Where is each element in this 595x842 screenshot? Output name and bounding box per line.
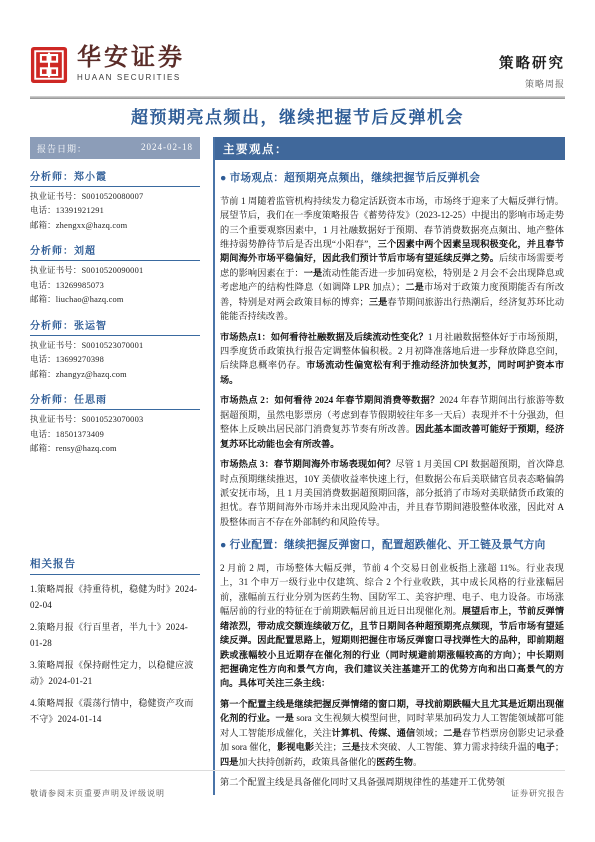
footer-disclaimer: 敬请参阅末页重要声明及评级说明 bbox=[30, 788, 165, 799]
phone-label: 电话： bbox=[30, 430, 56, 439]
page-title: 超预期亮点频出，继续把握节后反弹机会 bbox=[30, 103, 565, 128]
paragraph: ● 行业配置：继续把握反弹窗口，配置超跌催化、开工链及景气方向 bbox=[220, 538, 564, 555]
related-report-link[interactable]: 3.策略周报《保持耐性定力，以稳健应波动》2024-01-21 bbox=[30, 658, 200, 689]
brand-name-en: HUAAN SECURITIES bbox=[77, 73, 185, 82]
report-date-value: 2024-02-18 bbox=[141, 142, 193, 155]
email-address: rensy@hazq.com bbox=[56, 444, 117, 453]
text-segment: ● 市场观点：超预期亮点频出，继续把握节后反弹机会 bbox=[220, 173, 480, 184]
analyst-name-row: 分析师：郑小霞 bbox=[30, 168, 200, 187]
cert-label: 执业证书号： bbox=[30, 192, 81, 201]
text-segment: 技术突破、人工智能、算力需求持续升温的 bbox=[360, 742, 536, 752]
paragraph: 市场热点 3：春节期间海外市场表现如何？尽管 1 月美国 CPI 数据超预期，首… bbox=[220, 457, 564, 529]
analyst-role-label: 分析师： bbox=[30, 321, 74, 332]
brand-name-cn: 华安证券 bbox=[77, 46, 185, 71]
text-segment: 二是 bbox=[443, 728, 462, 738]
main-content: ● 市场观点：超预期亮点频出，继续把握节后反弹机会 节前 1 周随着监管机构持续… bbox=[215, 160, 565, 789]
text-segment: 电子 bbox=[536, 742, 555, 752]
email-address: zhengxx@hazq.com bbox=[56, 221, 128, 230]
text-segment: 展望后市上，节前反弹情绪浓烈，带动成交额连续破万亿，且节日期间各种超预期亮点频现… bbox=[220, 606, 564, 688]
text-segment: 第二个配置主线是具备催化同时又具备强周期规律性的基建开工优势领 bbox=[220, 777, 505, 787]
paragraph: ● 市场观点：超预期亮点频出，继续把握节后反弹机会 bbox=[220, 171, 564, 188]
related-reports-title: 相关报告 bbox=[30, 556, 200, 575]
text-segment: 影视电影 bbox=[277, 742, 314, 752]
text-segment: 。 bbox=[413, 757, 422, 767]
report-series-label: 策略周报 bbox=[499, 77, 565, 90]
phone-label: 电话： bbox=[30, 206, 56, 215]
email-label: 邮箱： bbox=[30, 444, 56, 453]
analyst-cert-row: 执业证书号：S0010523070001 bbox=[30, 339, 200, 353]
text-segment: 市场热点 3：春节期间海外市场表现如何？ bbox=[220, 459, 395, 469]
related-reports-list: 1.策略周报《持重待机，稳健为时》2024-02-04 2.策略月报《行百里者，… bbox=[30, 582, 200, 727]
email-label: 邮箱： bbox=[30, 221, 56, 230]
analyst-role-label: 分析师： bbox=[30, 395, 74, 406]
analyst-block: 分析师：刘超 执业证书号：S0010520090001 电话：132699850… bbox=[30, 242, 200, 307]
analyst-role-label: 分析师： bbox=[30, 246, 74, 257]
page-footer: 敬请参阅末页重要声明及评级说明 证券研究报告 bbox=[30, 788, 565, 799]
report-page: 华安证券 HUAAN SECURITIES 策略研究 策略周报 超预期亮点频出，… bbox=[0, 0, 595, 842]
analyst-phone-row: 电话：13269985073 bbox=[30, 279, 200, 293]
text-segment: 医药生物 bbox=[376, 757, 413, 767]
analyst-email-row: 邮箱：rensy@hazq.com bbox=[30, 442, 200, 456]
analyst-name: 张运智 bbox=[74, 321, 107, 332]
analyst-cert-row: 执业证书号：S0010520080007 bbox=[30, 190, 200, 204]
brand-logo: 华安证券 HUAAN SECURITIES bbox=[30, 46, 185, 84]
analyst-block: 分析师：郑小霞 执业证书号：S0010520080007 电话：13391921… bbox=[30, 168, 200, 233]
text-segment: 三是 bbox=[369, 297, 388, 307]
analyst-email-row: 邮箱：liuchao@hazq.com bbox=[30, 293, 200, 307]
phone-number: 13391921291 bbox=[56, 206, 104, 215]
cert-label: 执业证书号： bbox=[30, 266, 81, 275]
sidebar: 报告日期： 2024-02-18 分析师：郑小霞 执业证书号：S00105200… bbox=[30, 137, 200, 727]
phone-label: 电话： bbox=[30, 281, 56, 290]
related-report-link[interactable]: 4.策略周报《震荡行情中，稳健资产攻而不守》2024-01-14 bbox=[30, 696, 200, 727]
cert-label: 执业证书号： bbox=[30, 341, 81, 350]
text-segment: 领域； bbox=[415, 728, 443, 738]
report-category: 策略研究 策略周报 bbox=[499, 46, 565, 90]
paragraph: 第一个配置主线是继续把握反弹情绪的窗口期，寻找前期跌幅大且尤其是近期出现催化剂的… bbox=[220, 697, 564, 769]
brand-text: 华安证券 HUAAN SECURITIES bbox=[77, 46, 185, 82]
cert-number: S0010520080007 bbox=[81, 192, 143, 201]
analyst-phone-row: 电话：18501373409 bbox=[30, 428, 200, 442]
cert-label: 执业证书号： bbox=[30, 415, 81, 424]
related-reports-section: 相关报告 1.策略周报《持重待机，稳健为时》2024-02-04 2.策略月报《… bbox=[30, 556, 200, 727]
text-segment: 加大扶持创新药，政策具备催化的 bbox=[238, 757, 376, 767]
header-divider bbox=[30, 96, 565, 99]
email-label: 邮箱： bbox=[30, 370, 56, 379]
text-segment: ● 行业配置：继续把握反弹窗口，配置超跌催化、开工链及景气方向 bbox=[220, 540, 546, 551]
paragraph: 节前 1 周随着监管机构持续发力稳定活跃资本市场，市场终于迎来了大幅反弹行情。展… bbox=[220, 194, 564, 324]
analyst-cert-row: 执业证书号：S0010520090001 bbox=[30, 264, 200, 278]
content-columns: 报告日期： 2024-02-18 分析师：郑小霞 执业证书号：S00105200… bbox=[30, 137, 565, 795]
footer-divider bbox=[30, 770, 565, 771]
text-segment: 市场热点1：如何看待社融数据及后续流动性变化？ bbox=[220, 332, 428, 342]
analyst-phone-row: 电话：13391921291 bbox=[30, 204, 200, 218]
analyst-role-label: 分析师： bbox=[30, 172, 74, 183]
analyst-email-row: 邮箱：zhengxx@hazq.com bbox=[30, 219, 200, 233]
analyst-name-row: 分析师：张运智 bbox=[30, 317, 200, 336]
phone-number: 13269985073 bbox=[56, 281, 104, 290]
text-segment: 三是 bbox=[342, 742, 361, 752]
paragraph: 市场热点 2：如何看待 2024 年春节期间消费等数据？2024 年春节期间出行… bbox=[220, 393, 564, 451]
analyst-block: 分析师：张运智 执业证书号：S0010523070001 电话：13699270… bbox=[30, 317, 200, 382]
analyst-phone-row: 电话：13699270398 bbox=[30, 353, 200, 367]
analyst-name-row: 分析师：刘超 bbox=[30, 242, 200, 261]
text-segment: ； bbox=[555, 742, 564, 752]
related-report-link[interactable]: 1.策略周报《持重待机，稳健为时》2024-02-04 bbox=[30, 582, 200, 613]
text-segment: 二是 bbox=[405, 282, 424, 292]
report-type-label: 策略研究 bbox=[499, 52, 565, 73]
analyst-name: 郑小霞 bbox=[74, 172, 107, 183]
cert-number: S0010523070001 bbox=[81, 341, 143, 350]
text-segment: 关注； bbox=[314, 742, 342, 752]
phone-label: 电话： bbox=[30, 355, 56, 364]
analyst-block: 分析师：任思雨 执业证书号：S0010523070003 电话：18501373… bbox=[30, 391, 200, 456]
analyst-email-row: 邮箱：zhangyz@hazq.com bbox=[30, 368, 200, 382]
phone-number: 18501373409 bbox=[56, 430, 104, 439]
email-label: 邮箱： bbox=[30, 295, 56, 304]
cert-number: S0010520090001 bbox=[81, 266, 143, 275]
text-segment: 尽管 1 月美国 CPI 数据超预期，首次降息时点预期继续推迟，10Y 美债收益… bbox=[220, 459, 564, 527]
text-segment: 计算机、传媒、通信 bbox=[332, 728, 416, 738]
analyst-name: 任思雨 bbox=[74, 395, 107, 406]
report-date-bar: 报告日期： 2024-02-18 bbox=[30, 137, 200, 159]
analyst-name-row: 分析师：任思雨 bbox=[30, 391, 200, 410]
paragraph: 2 月前 2 周，市场整体大幅反弹，节前 4 个交易日创业板指上涨超 11%。行… bbox=[220, 561, 564, 691]
text-segment: 一是 bbox=[304, 268, 323, 278]
page-header: 华安证券 HUAAN SECURITIES 策略研究 策略周报 bbox=[30, 46, 565, 96]
cert-number: S0010523070003 bbox=[81, 415, 143, 424]
email-address: zhangyz@hazq.com bbox=[56, 370, 127, 379]
report-date-label: 报告日期： bbox=[37, 142, 87, 155]
analyst-name: 刘超 bbox=[74, 246, 96, 257]
related-report-link[interactable]: 2.策略月报《行百里者，半九十》2024-01-28 bbox=[30, 620, 200, 651]
huaan-seal-icon bbox=[30, 46, 68, 84]
email-address: liuchao@hazq.com bbox=[56, 295, 124, 304]
analyst-list: 分析师：郑小霞 执业证书号：S0010520080007 电话：13391921… bbox=[30, 168, 200, 456]
analyst-cert-row: 执业证书号：S0010523070003 bbox=[30, 413, 200, 427]
paragraph: 市场热点1：如何看待社融数据及后续流动性变化？1 月社融数据整体好于市场预期，四… bbox=[220, 330, 564, 388]
text-segment: 一是 bbox=[276, 713, 295, 723]
text-segment: 四是 bbox=[220, 757, 238, 767]
text-segment: 市场热点 2：如何看待 2024 年春节期间消费等数据？ bbox=[220, 395, 440, 405]
footer-report-type: 证券研究报告 bbox=[511, 788, 565, 799]
phone-number: 13699270398 bbox=[56, 355, 104, 364]
key-points-header: 主要观点： bbox=[215, 137, 565, 160]
main-column: 主要观点： ● 市场观点：超预期亮点频出，继续把握节后反弹机会 节前 1 周随着… bbox=[213, 137, 565, 795]
